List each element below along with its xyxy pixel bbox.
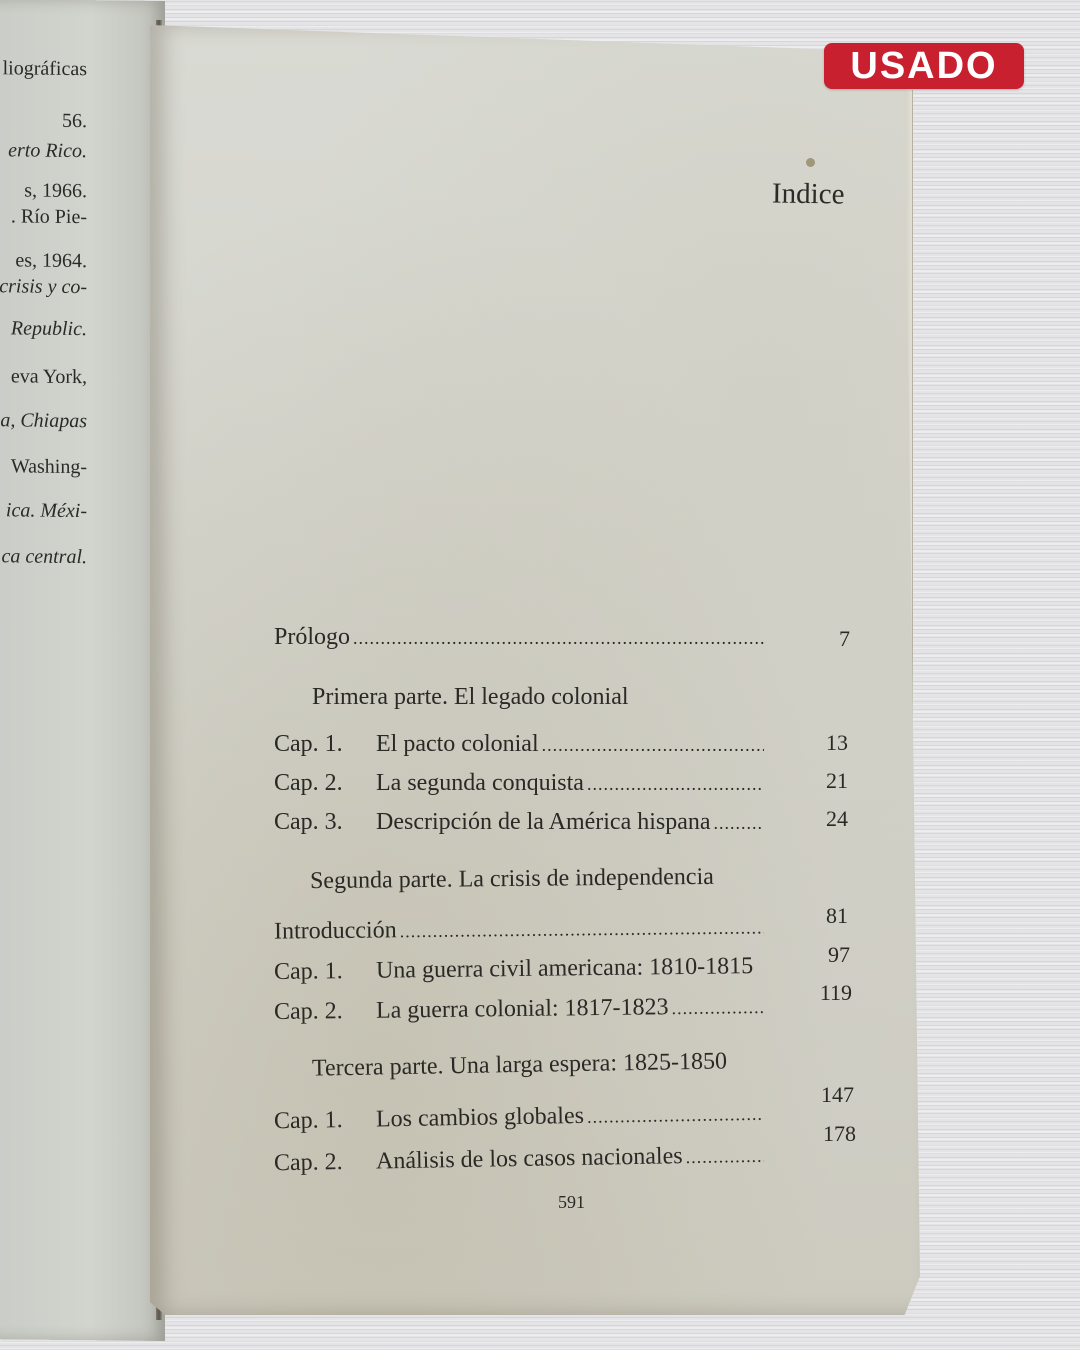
dot-leader: ........................................… [685,1146,764,1168]
entry-label: El pacto colonial [376,731,539,758]
toc-entry-prologue: Prólogo ................................… [274,624,764,651]
entry-page: 178 [806,1121,856,1147]
part-heading: Segunda parte. La crisis de independenci… [310,864,714,895]
entry-label: Introducción [274,917,397,945]
page-folio: 591 [558,1192,585,1213]
toc-entry: Cap. 3. Descripción de la América hispan… [274,809,764,836]
dot-leader: ........................................… [671,997,764,1019]
entry-page: 24 [798,806,848,832]
entry-page: 81 [798,903,848,929]
entry-label: La guerra colonial: 1817-1823 [376,994,669,1025]
entry-label: Los cambios globales [376,1103,584,1134]
condition-badge: USADO [824,43,1024,89]
entry-page: 7 [800,626,850,652]
entry-page: 97 [800,942,850,968]
dot-leader: ........................................… [587,774,764,795]
toc-title: Indice [772,177,845,211]
chapter-number: Cap. 2. [274,998,376,1026]
entry-label: Prólogo [274,624,350,651]
entry-page: 21 [798,768,848,794]
chapter-number: Cap. 2. [274,770,376,797]
dot-leader: ........................................… [587,1104,764,1128]
photo-scene: liográficas 56. erto Rico. s, 1966. . Rí… [0,0,1080,1350]
chapter-number: Cap. 3. [274,809,376,836]
entry-label: Análisis de los casos nacionales [376,1143,683,1175]
entry-page: 147 [804,1082,854,1108]
chapter-number: Cap. 2. [274,1148,376,1177]
entry-page: 13 [798,730,848,756]
entry-label: Una guerra civil americana: 1810-1815 [376,953,753,985]
entry-page: 119 [802,980,852,1006]
table-of-contents: Indice Prólogo .........................… [0,0,1080,1350]
toc-entry: Cap. 1. Los cambios globales ...........… [274,1100,764,1136]
chapter-number: Cap. 1. [274,1106,376,1135]
badge-label: USADO [850,45,997,88]
dot-leader: ........................................… [353,628,764,649]
ink-spot [806,158,815,167]
dot-leader: ........................................… [400,917,765,942]
entry-label: La segunda conquista [376,770,584,797]
part-heading: Tercera parte. Una larga espera: 1825-18… [312,1048,727,1082]
dot-leader: ........................................… [542,735,764,756]
dot-leader: ........................................… [714,813,764,834]
toc-entry: Cap. 2. La segunda conquista ...........… [274,770,764,797]
toc-entry: Introducción ...........................… [274,913,764,945]
toc-entry: Cap. 1. Una guerra civil americana: 1810… [274,953,764,986]
toc-entry: Cap. 1. El pacto colonial ..............… [274,731,764,758]
toc-entry: Cap. 2. La guerra colonial: 1817-1823 ..… [274,993,764,1026]
toc-entry: Cap. 2. Análisis de los casos nacionales… [274,1142,764,1178]
chapter-number: Cap. 1. [274,958,376,986]
chapter-number: Cap. 1. [274,731,376,758]
entry-label: Descripción de la América hispana [376,809,711,836]
part-heading: Primera parte. El legado colonial [312,684,629,711]
